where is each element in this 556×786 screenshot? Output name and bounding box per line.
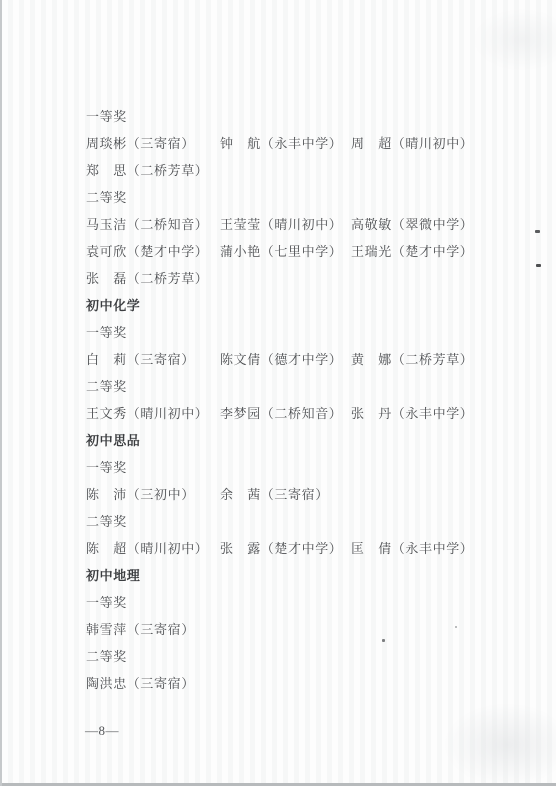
winner-row: 周琰彬（三寄宿）钟 航（永丰中学）周 超（晴川初中）: [86, 130, 526, 157]
winner-entry: 王瑞光（楚才中学）: [351, 238, 473, 265]
winner-entry: 张 露（楚才中学）: [220, 535, 342, 562]
winner-entry: 张 磊（二桥芳草）: [86, 265, 208, 292]
subject-heading: 初中地理: [86, 562, 526, 589]
winner-row: 张 磊（二桥芳草）: [86, 265, 526, 292]
subject-heading: 初中化学: [86, 292, 526, 319]
winner-row: 陈 超（晴川初中）张 露（楚才中学）匡 倩（永丰中学）: [86, 535, 526, 562]
winner-entry: 陈 沛（三初中）: [86, 481, 195, 508]
prize-tier-label: 一等奖: [86, 589, 526, 616]
winner-entry: 张 丹（永丰中学）: [351, 400, 473, 427]
winner-entry: 高敬敏（翠微中学）: [351, 211, 473, 238]
prize-tier-label: 二等奖: [86, 508, 526, 535]
winner-entry: 陶洪忠（三寄宿）: [86, 670, 195, 697]
winner-entry: 马玉洁（二桥知音）: [86, 211, 208, 238]
winner-row: 袁可欣（楚才中学）蒲小艳（七里中学）王瑞光（楚才中学）: [86, 238, 526, 265]
prize-tier-label: 二等奖: [86, 184, 526, 211]
scanned-document-page: 一等奖周琰彬（三寄宿）钟 航（永丰中学）周 超（晴川初中）郑 思（二桥芳草）二等…: [0, 0, 556, 786]
winner-entry: 王文秀（晴川初中）: [86, 400, 208, 427]
winner-entry: 袁可欣（楚才中学）: [86, 238, 208, 265]
scan-speck: [536, 264, 541, 267]
winner-entry: 王莹莹（晴川初中）: [220, 211, 342, 238]
winner-entry: 周琰彬（三寄宿）: [86, 130, 195, 157]
winner-entry: 郑 思（二桥芳草）: [86, 157, 208, 184]
scan-speck: [382, 639, 385, 642]
winner-entry: 余 茜（三寄宿）: [220, 481, 329, 508]
page-number: —8—: [85, 721, 119, 741]
winner-entry: 钟 航（永丰中学）: [220, 130, 342, 157]
winner-entry: 黄 娜（二桥芳草）: [351, 346, 473, 373]
scan-speck: [535, 230, 540, 233]
prize-tier-label: 一等奖: [86, 454, 526, 481]
winner-entry: 陈 超（晴川初中）: [86, 535, 208, 562]
winner-row: 韩雪萍（三寄宿）: [86, 616, 526, 643]
winner-entry: 白 莉（三寄宿）: [86, 346, 195, 373]
prize-tier-label: 一等奖: [86, 319, 526, 346]
winner-row: 白 莉（三寄宿）陈文倩（德才中学）黄 娜（二桥芳草）: [86, 346, 526, 373]
subject-heading: 初中思品: [86, 427, 526, 454]
winner-entry: 周 超（晴川初中）: [351, 130, 473, 157]
winner-row: 陶洪忠（三寄宿）: [86, 670, 526, 697]
winner-row: 王文秀（晴川初中）李梦园（二桥知音）张 丹（永丰中学）: [86, 400, 526, 427]
winner-entry: 陈文倩（德才中学）: [220, 346, 342, 373]
winner-row: 郑 思（二桥芳草）: [86, 157, 526, 184]
award-list: 一等奖周琰彬（三寄宿）钟 航（永丰中学）周 超（晴川初中）郑 思（二桥芳草）二等…: [86, 103, 526, 697]
winner-entry: 李梦园（二桥知音）: [220, 400, 342, 427]
winner-entry: 匡 倩（永丰中学）: [351, 535, 473, 562]
winner-row: 陈 沛（三初中）余 茜（三寄宿）: [86, 481, 526, 508]
prize-tier-label: 二等奖: [86, 643, 526, 670]
winner-entry: 蒲小艳（七里中学）: [220, 238, 342, 265]
scan-speck: [455, 626, 457, 628]
prize-tier-label: 二等奖: [86, 373, 526, 400]
winner-entry: 韩雪萍（三寄宿）: [86, 616, 195, 643]
prize-tier-label: 一等奖: [86, 103, 526, 130]
winner-row: 马玉洁（二桥知音）王莹莹（晴川初中）高敬敏（翠微中学）: [86, 211, 526, 238]
